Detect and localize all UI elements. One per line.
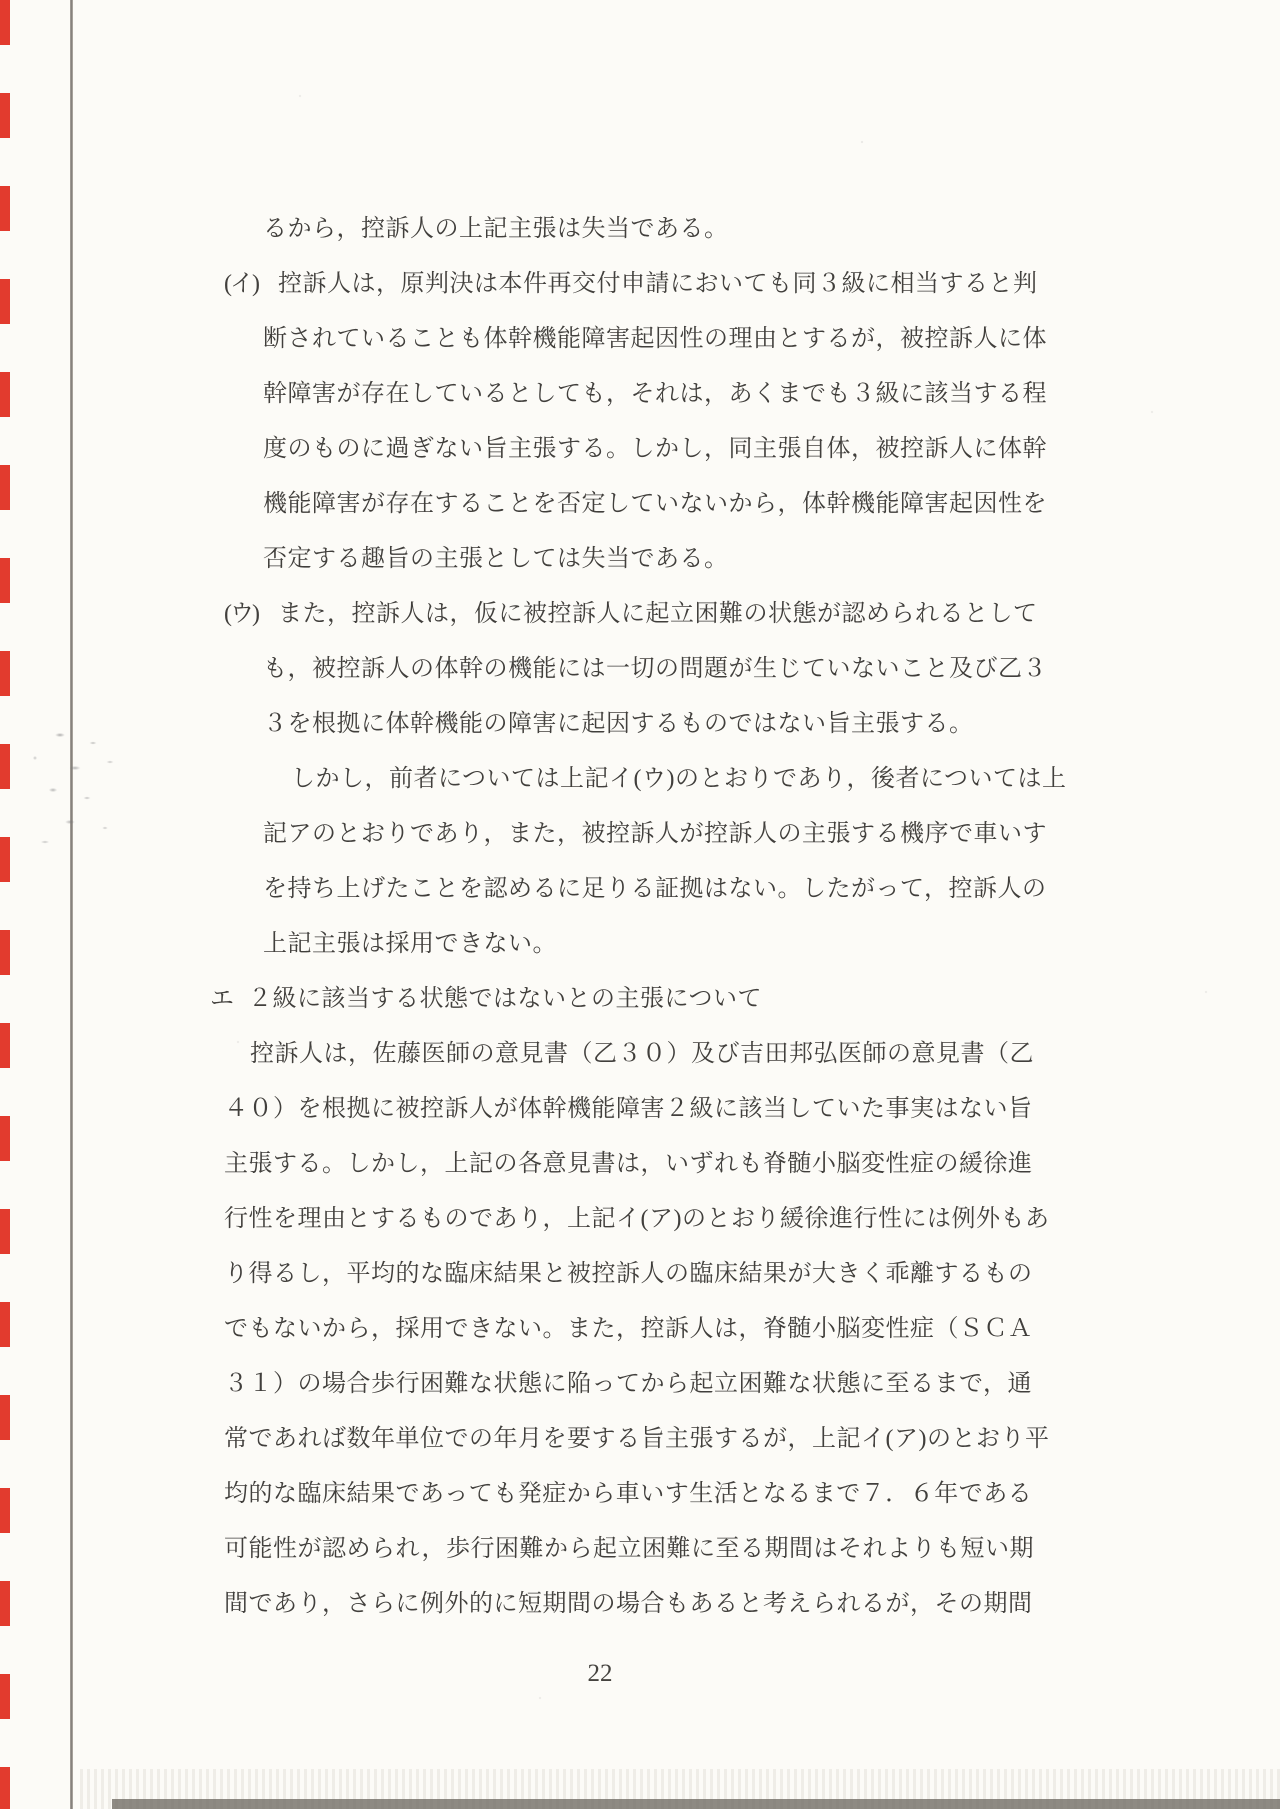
scanned-document-page: るから，控訴人の上記主張は失当である。(イ)控訴人は，原判決は本件再交付申請にお… <box>0 0 1280 1809</box>
text-line: 控訴人は，佐藤医師の意見書（乙３０）及び吉田邦弘医師の意見書（乙 <box>250 1039 1034 1069</box>
text-line: も，被控訴人の体幹の機能には一切の問題が生じていないこと及び乙３ <box>263 654 1047 684</box>
scan-edge-shadow <box>112 1799 1280 1809</box>
text-line: 機能障害が存在することを否定していないから，体幹機能障害起因性を <box>263 489 1047 519</box>
text-line: 可能性が認められ，歩行困難から起立困難に至る期間はそれよりも短い期 <box>224 1534 1034 1564</box>
text-line: エ２級に該当する状態ではないとの主張について <box>248 984 762 1014</box>
list-marker: (イ) <box>224 269 258 299</box>
text-line: でもないから，採用できない。また，控訴人は，脊髄小脳変性症（ＳＣＡ <box>224 1314 1033 1344</box>
list-marker: (ウ) <box>224 599 258 629</box>
text-line: (イ)控訴人は，原判決は本件再交付申請においても同３級に相当すると判 <box>278 269 1038 299</box>
text-line: を持ち上げたことを認めるに足りる証拠はない。したがって，控訴人の <box>263 874 1047 904</box>
text-line: 度のものに過ぎない旨主張する。しかし，同主張自体，被控訴人に体幹 <box>263 434 1047 464</box>
text-line: るから，控訴人の上記主張は失当である。 <box>263 214 729 244</box>
text-line: 断されていることも体幹機能障害起因性の理由とするが，被控訴人に体 <box>263 324 1047 354</box>
text-line: 否定する趣旨の主張としては失当である。 <box>263 544 729 574</box>
text-line: 幹障害が存在しているとしても，それは，あくまでも３級に該当する程 <box>263 379 1047 409</box>
text-line: 主張する。しかし，上記の各意見書は，いずれも脊髄小脳変性症の緩徐進 <box>224 1149 1033 1179</box>
text-line: (ウ)また，控訴人は，仮に被控訴人に起立困難の状態が認められるとして <box>278 599 1038 629</box>
text-line: り得るし，平均的な臨床結果と被控訴人の臨床結果が大きく乖離するもの <box>224 1259 1033 1289</box>
text-line: ３を根拠に体幹機能の障害に起因するものではない旨主張する。 <box>263 709 974 739</box>
document-text: るから，控訴人の上記主張は失当である。(イ)控訴人は，原判決は本件再交付申請にお… <box>0 0 1280 1809</box>
text-line: 記アのとおりであり，また，被控訴人が控訴人の主張する機序で車いす <box>263 819 1047 849</box>
list-marker: エ <box>210 984 232 1014</box>
text-line: 上記主張は採用できない。 <box>263 929 557 959</box>
page-number: 22 <box>545 1660 655 1688</box>
text-line: 間であり，さらに例外的に短期間の場合もあると考えられるが，その期間 <box>224 1589 1033 1619</box>
text-line: ４０）を根拠に被控訴人が体幹機能障害２級に該当していた事実はない旨 <box>224 1094 1033 1124</box>
text-line: 行性を理由とするものであり，上記イ(ア)のとおり緩徐進行性には例外もあ <box>224 1204 1049 1234</box>
text-line: 常であれば数年単位での年月を要する旨主張するが，上記イ(ア)のとおり平 <box>224 1424 1049 1454</box>
text-line: しかし，前者については上記イ(ウ)のとおりであり，後者については上 <box>291 764 1067 794</box>
text-line: ３１）の場合歩行困難な状態に陥ってから起立困難な状態に至るまで，通 <box>224 1369 1032 1399</box>
text-line: 均的な臨床結果であっても発症から車いす生活となるまで７．６年である <box>224 1479 1032 1509</box>
